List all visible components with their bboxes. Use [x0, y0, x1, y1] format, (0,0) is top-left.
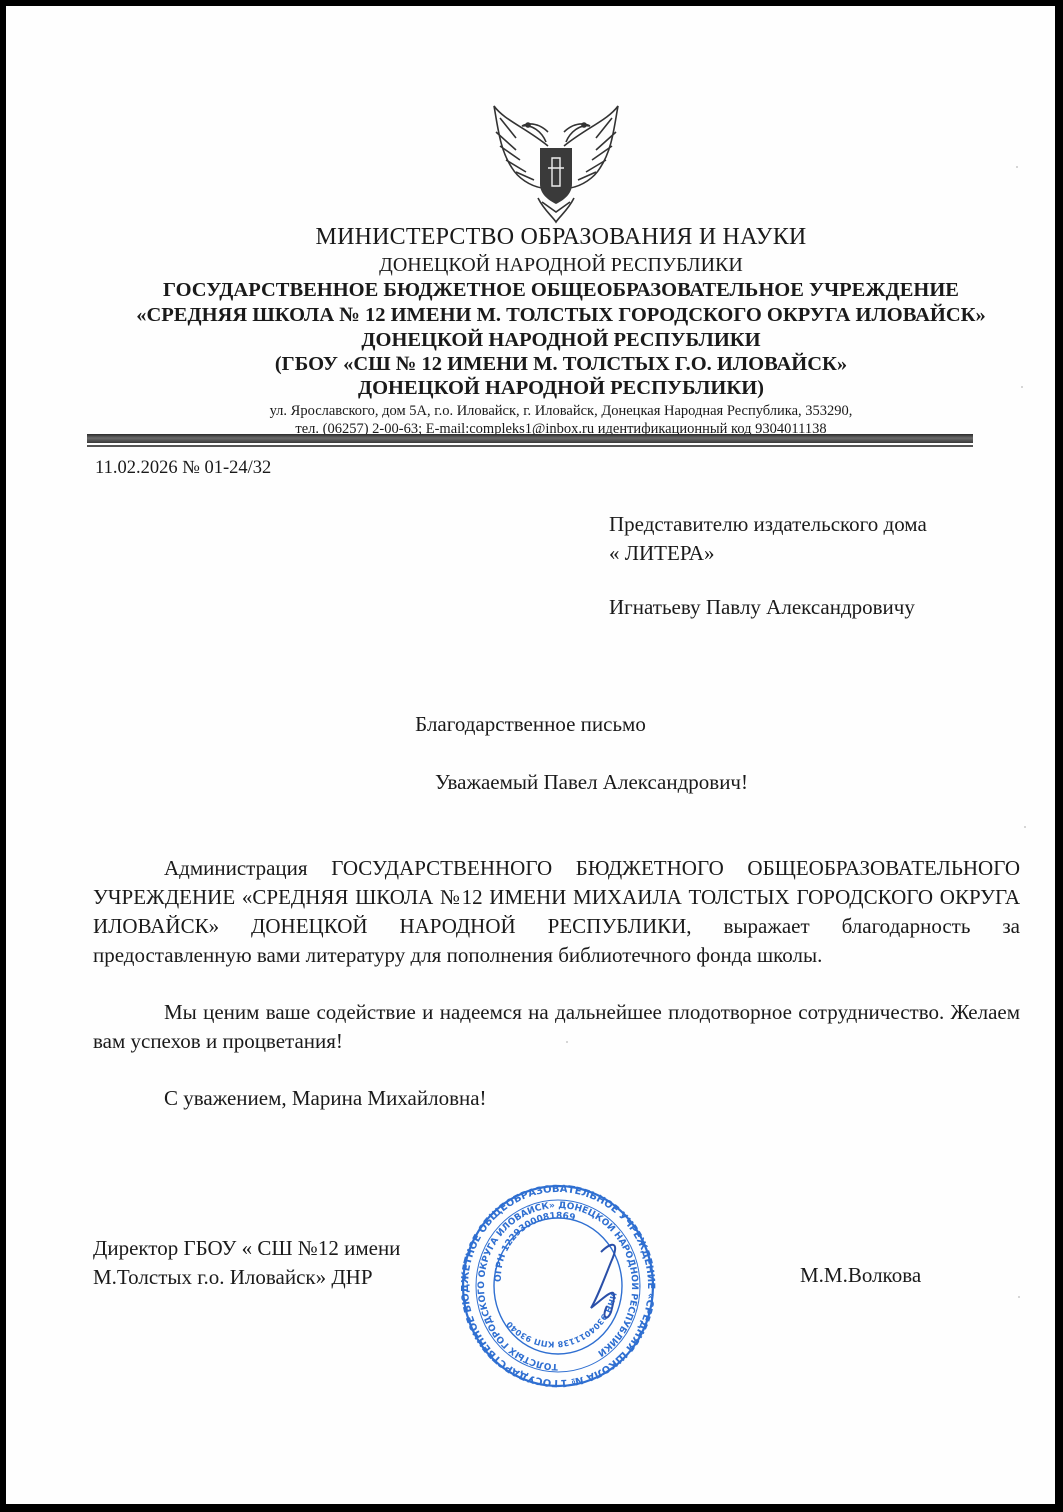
institution-name-line: ДОНЕЦКОЙ НАРОДНОЙ РЕСПУБЛИКИ — [86, 329, 1036, 352]
scan-speck — [1021, 386, 1023, 388]
header-divider — [87, 434, 973, 443]
header-divider-thin — [87, 445, 973, 447]
signatory-role-line: М.Толстых г.о. Иловайск» ДНР — [93, 1263, 400, 1292]
salutation: Уважаемый Павел Александрович! — [6, 770, 1063, 795]
registration-number: 11.02.2026 № 01-24/32 — [95, 458, 271, 479]
paragraph-text: Администрация ГОСУДАРСТВЕННОГО БЮДЖЕТНОГ… — [93, 856, 1020, 967]
signatory-role-line: Директор ГБОУ « СШ №12 имени — [93, 1234, 400, 1263]
signatory-name: М.М.Волкова — [800, 1263, 921, 1288]
ministry-title: МИНИСТЕРСТВО ОБРАЗОВАНИЯ И НАУКИ — [86, 224, 1036, 251]
recipient-block: Представителю издательского дома « ЛИТЕР… — [609, 510, 927, 568]
closing: С уважением, Марина Михайловна! — [164, 1086, 487, 1111]
paragraph: Мы ценим ваше содействие и надеемся на д… — [93, 998, 1020, 1056]
institution-name-line: «СРЕДНЯЯ ШКОЛА № 12 ИМЕНИ М. ТОЛСТЫХ ГОР… — [86, 304, 1036, 327]
recipient-line: Представителю издательского дома — [609, 510, 927, 539]
scan-speck — [566, 1041, 568, 1043]
scan-speck — [1016, 166, 1018, 168]
letter-title: Благодарственное письмо — [6, 712, 1055, 737]
institution-name-line: (ГБОУ «СШ № 12 ИМЕНИ М. ТОЛСТЫХ Г.О. ИЛО… — [86, 353, 1036, 376]
institution-address: ул. Ярославского, дом 5А, г.о. Иловайск,… — [86, 403, 1036, 420]
institution-name-line: ДОНЕЦКОЙ НАРОДНОЙ РЕСПУБЛИКИ) — [86, 377, 1036, 400]
letter-page: МИНИСТЕРСТВО ОБРАЗОВАНИЯ И НАУКИ ДОНЕЦКО… — [6, 6, 1055, 1504]
institution-name-line: ГОСУДАРСТВЕННОЕ БЮДЖЕТНОЕ ОБЩЕОБРАЗОВАТЕ… — [86, 279, 1036, 302]
signatory-role: Директор ГБОУ « СШ №12 имени М.Толстых г… — [93, 1234, 400, 1292]
paragraph: Администрация ГОСУДАРСТВЕННОГО БЮДЖЕТНОГ… — [93, 854, 1020, 970]
ministry-republic: ДОНЕЦКОЙ НАРОДНОЙ РЕСПУБЛИКИ — [86, 254, 1036, 277]
recipient-name: Игнатьеву Павлу Александровичу — [609, 595, 915, 620]
paragraph-text: Мы ценим ваше содействие и надеемся на д… — [93, 1000, 1020, 1053]
scan-speck — [1018, 1296, 1020, 1298]
recipient-line: « ЛИТЕРА» — [609, 539, 927, 568]
coat-of-arms-icon — [486, 98, 626, 226]
official-stamp-icon: ГОСУДАРСТВЕННОЕ БЮДЖЕТНОЕ ОБЩЕОБРАЗОВАТЕ… — [461, 1182, 656, 1392]
scan-speck — [1024, 826, 1026, 828]
